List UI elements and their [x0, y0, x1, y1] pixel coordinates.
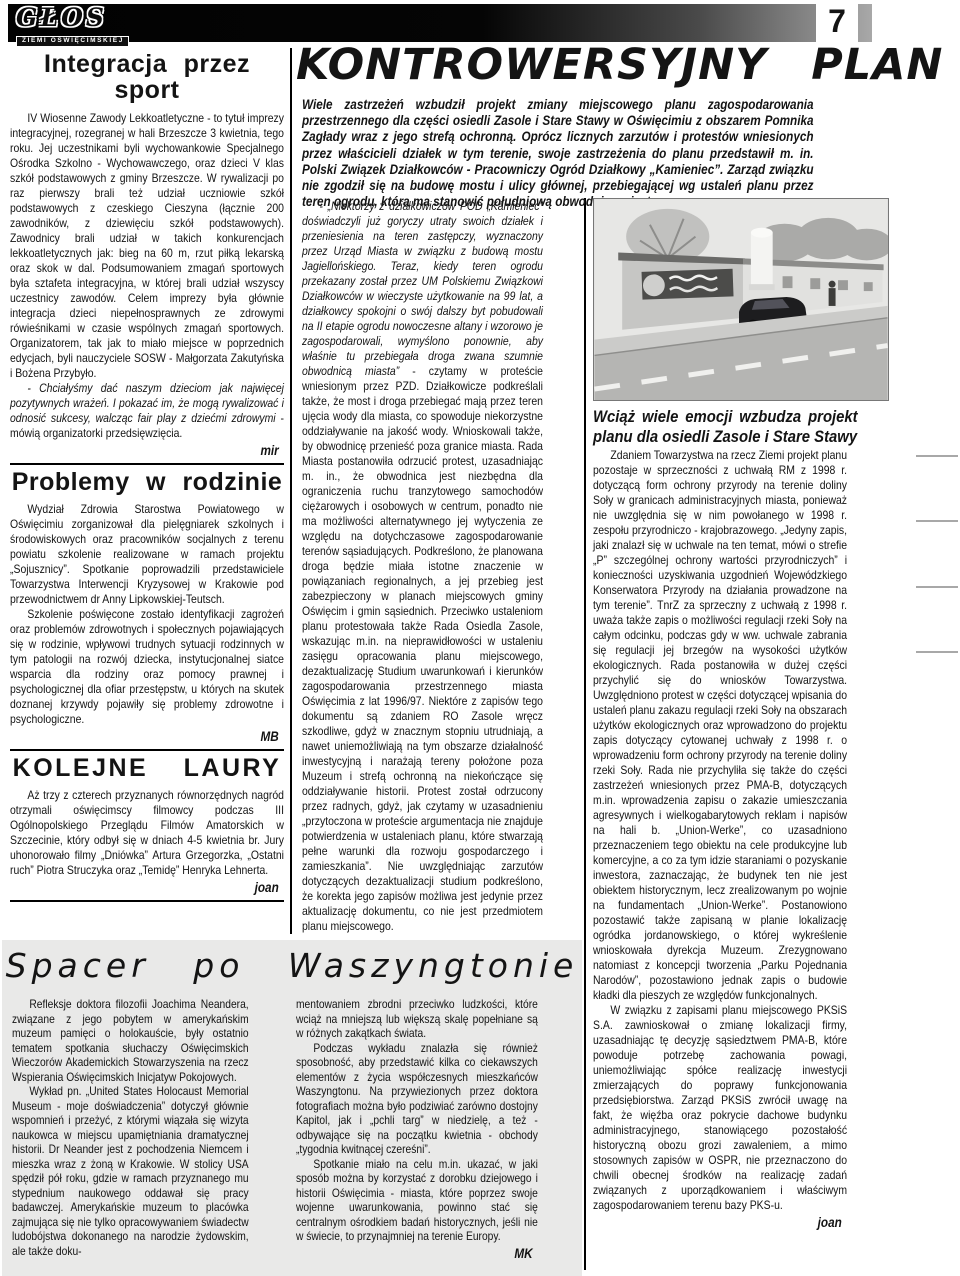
article-divider — [10, 749, 284, 751]
building-street-photo — [594, 199, 888, 400]
main-headline: KONTROWERSYJNY PLAN — [296, 44, 890, 87]
article-title-awards: KOLEJNE LAURY — [10, 755, 284, 781]
page-number: 7 — [816, 3, 858, 40]
article-body-sport: IV Wiosenne Zawody Lekkoatletyczne - to … — [10, 111, 284, 458]
white-pillar — [749, 228, 775, 290]
left-column: Integracja przez sport IV Wiosenne Zawod… — [10, 48, 284, 906]
article-title-family: Problemy w rodzinie — [10, 469, 284, 495]
paragraph: Podczas wykładu znalazła się również spo… — [296, 1041, 538, 1157]
signature-mir: mir — [10, 443, 279, 458]
masthead-logo: GŁOS ZIEMI OŚWIĘCIMSKIEJ — [16, 5, 129, 47]
article-body-awards: Aż trzy z czterech przyznanych równorzęd… — [10, 788, 284, 895]
main-body-paragraph: - „Niektórzy z działkowiczów POD „Kamien… — [302, 199, 543, 934]
protest-quote: - „Niektórzy z działkowiczów POD „Kamien… — [302, 199, 543, 378]
paragraph: IV Wiosenne Zawody Lekkoatletyczne - to … — [10, 111, 284, 381]
signature-joan-main: joan — [593, 1215, 842, 1230]
photo-caption: Wciąż wiele emocji wzbudza projekt planu… — [593, 407, 858, 447]
margin-mark — [916, 586, 958, 588]
main-intro: Wiele zastrzeżeń wzbudził projekt zmiany… — [302, 97, 814, 210]
main-body-text: - czytamy w proteście wniesionym przez P… — [302, 364, 543, 933]
margin-mark — [916, 651, 958, 653]
paragraph: Spotkanie miało na celu m.in. ukazać, w … — [296, 1157, 538, 1244]
article-photo — [593, 198, 889, 401]
masthead-title: GŁOS — [16, 5, 129, 30]
article-title-sport: Integracja przez sport — [10, 51, 284, 104]
main-right-column: Zdaniem Towarzystwa na rzecz Ziemi proje… — [593, 448, 847, 1231]
signature-joan-awards: joan — [10, 880, 279, 895]
bottom-section-title: Spacer po Waszyngtonie — [2, 946, 582, 985]
column-divider-middle — [584, 198, 586, 1270]
main-body-column: - „Niektórzy z działkowiczów POD „Kamien… — [302, 199, 543, 934]
masthead-banner: GŁOS ZIEMI OŚWIĘCIMSKIEJ — [8, 4, 872, 42]
bottom-column-1: Refleksje doktora filozofii Joachima Nea… — [12, 997, 249, 1258]
bottom-column-2: mentowaniem zbrodni przeciwko ludzkości,… — [296, 997, 538, 1262]
paragraph: Zdaniem Towarzystwa na rzecz Ziemi proje… — [593, 448, 847, 1003]
signature-mb: MB — [10, 729, 279, 744]
pedestrian — [829, 281, 836, 306]
paragraph: W związku z zapisami planu miejscowego P… — [593, 1003, 847, 1213]
margin-mark — [916, 455, 958, 457]
paragraph: Wydział Zdrowia Starostwa Powiatowego w … — [10, 502, 284, 607]
paragraph: Szkolenie poświęcone zostało identyfikac… — [10, 607, 284, 727]
quote-text: - Chciałyśmy dać naszym dzieciom jak naj… — [10, 381, 284, 425]
wall-sign — [642, 269, 734, 300]
paragraph: Wykład pn. „United States Holocaust Memo… — [12, 1084, 249, 1258]
photo-caption-block: Wciąż wiele emocji wzbudza projekt planu… — [593, 407, 858, 447]
newspaper-page: GŁOS ZIEMI OŚWIĘCIMSKIEJ 7 Integracja pr… — [0, 0, 960, 1276]
paragraph: Aż trzy z czterech przyznanych równorzęd… — [10, 788, 284, 878]
article-divider — [10, 463, 284, 465]
column-divider-left — [290, 48, 292, 934]
article-divider — [10, 900, 284, 902]
masthead-subtitle: ZIEMI OŚWIĘCIMSKIEJ — [16, 36, 129, 47]
paragraph: Refleksje doktora filozofii Joachima Nea… — [12, 997, 249, 1084]
quote-paragraph: - Chciałyśmy dać naszym dzieciom jak naj… — [10, 381, 284, 441]
signature-mk: MK — [296, 1246, 533, 1261]
margin-mark — [916, 520, 958, 522]
paragraph: mentowaniem zbrodni przeciwko ludzkości,… — [296, 997, 538, 1041]
article-body-family: Wydział Zdrowia Starostwa Powiatowego w … — [10, 502, 284, 744]
page-number-box: 7 — [816, 0, 858, 44]
intro-paragraph: Wiele zastrzeżeń wzbudził projekt zmiany… — [302, 97, 814, 210]
